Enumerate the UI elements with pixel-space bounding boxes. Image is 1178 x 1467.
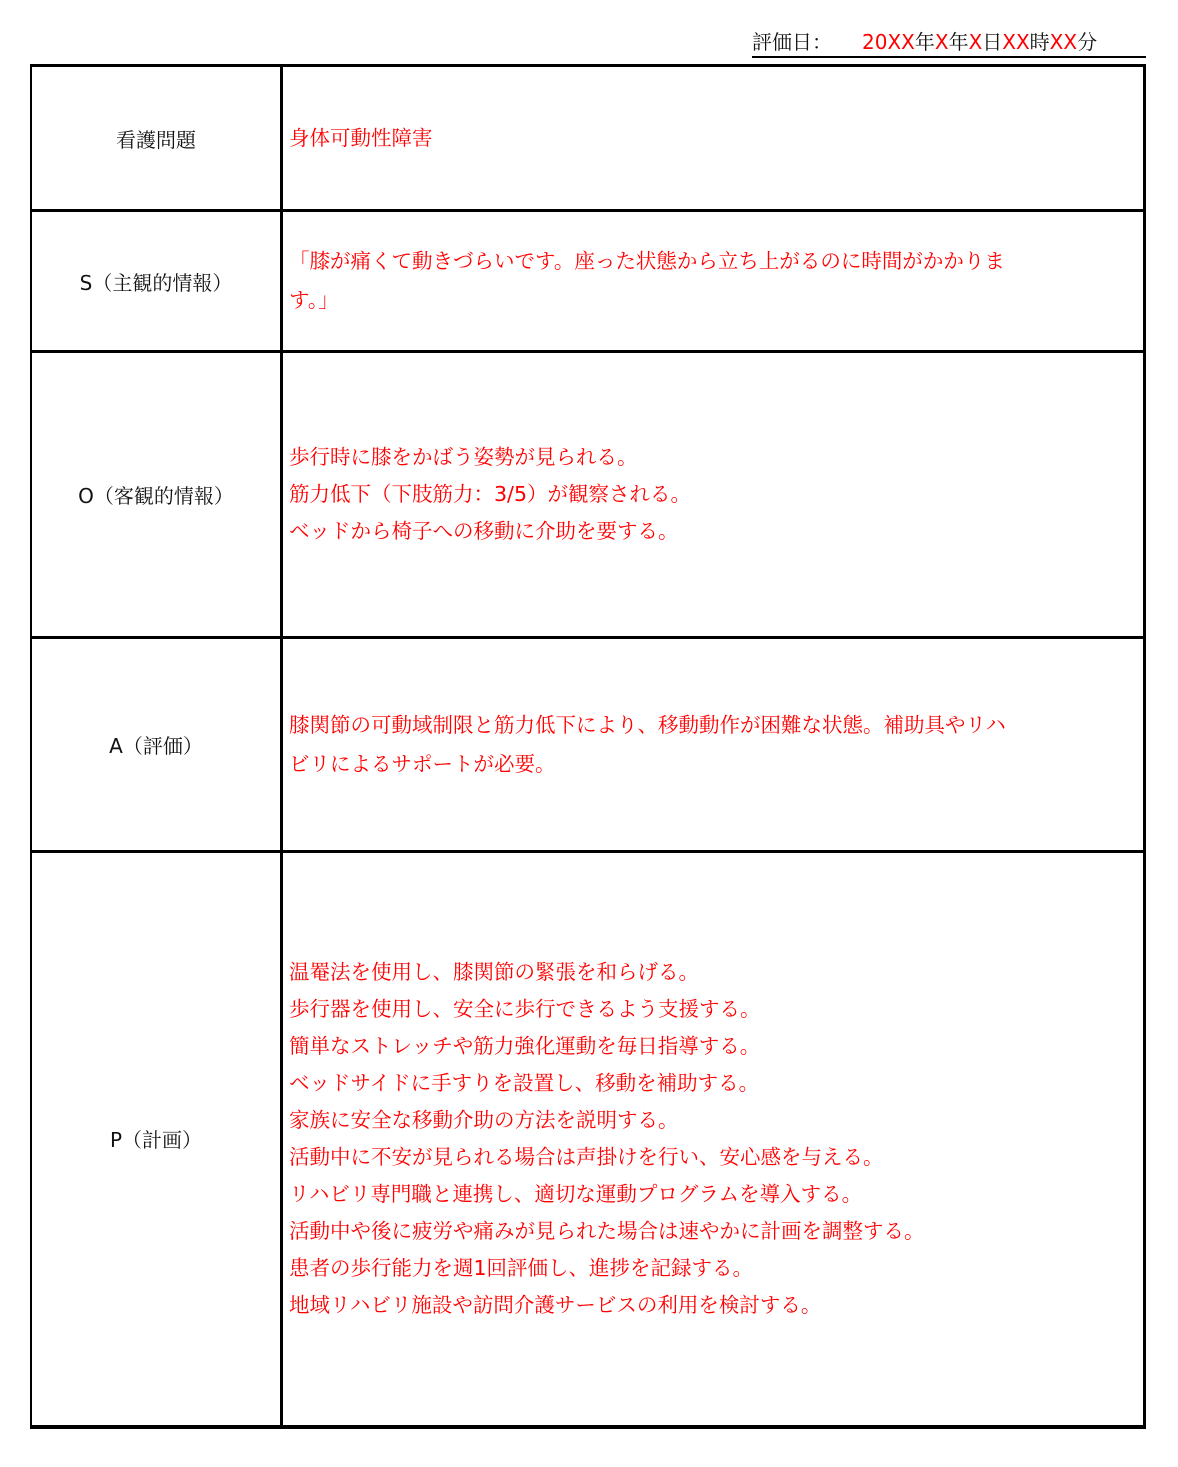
content-line: 筋力低下（下肢筋力：3/5）が観察される。 <box>289 476 1133 513</box>
content-subjective[interactable]: 「膝が痛くて動きづらいです。座った状態から立ち上がるのに時間がかかりま す。」 <box>282 211 1145 352</box>
label-objective: O（客観的情報） <box>31 352 282 638</box>
content-nursing-problem[interactable]: 身体可動性障害 <box>282 66 1145 211</box>
date-day-value[interactable]: X <box>969 28 983 56</box>
label-nursing-problem: 看護問題 <box>31 66 282 211</box>
row-assessment: A（評価） 膝関節の可動域制限と筋力低下により、移動動作が困難な状態。補助具やリ… <box>31 638 1145 852</box>
date-hour-unit: 時 <box>1030 28 1050 56</box>
content-line: リハビリ専門職と連携し、適切な運動プログラムを導入する。 <box>289 1176 1133 1213</box>
content-line: 家族に安全な移動介助の方法を説明する。 <box>289 1102 1133 1139</box>
content-objective[interactable]: 歩行時に膝をかばう姿勢が見られる。 筋力低下（下肢筋力：3/5）が観察される。 … <box>282 352 1145 638</box>
content-line: 歩行時に膝をかばう姿勢が見られる。 <box>289 439 1133 476</box>
content-line: す。」 <box>289 281 1133 320</box>
row-subjective: S（主観的情報） 「膝が痛くて動きづらいです。座った状態から立ち上がるのに時間が… <box>31 211 1145 352</box>
content-line: 地域リハビリ施設や訪問介護サービスの利用を検討する。 <box>289 1287 1133 1324</box>
date-minute-unit: 分 <box>1077 28 1097 56</box>
content-line: 「膝が痛くて動きづらいです。座った状態から立ち上がるのに時間がかかりま <box>289 242 1133 281</box>
content-line: 活動中に不安が見られる場合は声掛けを行い、安心感を与える。 <box>289 1139 1133 1176</box>
content-line: 身体可動性障害 <box>289 120 1133 157</box>
date-year-value[interactable]: 20XX <box>862 28 915 56</box>
date-day-unit: 日 <box>982 28 1002 56</box>
row-objective: O（客観的情報） 歩行時に膝をかばう姿勢が見られる。 筋力低下（下肢筋力：3/5… <box>31 352 1145 638</box>
content-line: 活動中や後に疲労や痛みが見られた場合は速やかに計画を調整する。 <box>289 1213 1133 1250</box>
evaluation-date: 評価日： 20XX年X年X日XX時XX分 <box>752 28 1146 58</box>
content-line: 簡単なストレッチや筋力強化運動を毎日指導する。 <box>289 1028 1133 1065</box>
row-plan: P（計画） 温罨法を使用し、膝関節の緊張を和らげる。 歩行器を使用し、安全に歩行… <box>31 852 1145 1427</box>
content-line: ベッドから椅子への移動に介助を要する。 <box>289 513 1133 550</box>
content-line: ビリによるサポートが必要。 <box>289 745 1133 784</box>
label-subjective: S（主観的情報） <box>31 211 282 352</box>
content-line: ベッドサイドに手すりを設置し、移動を補助する。 <box>289 1065 1133 1102</box>
content-line: 温罨法を使用し、膝関節の緊張を和らげる。 <box>289 954 1133 991</box>
date-year-unit: 年 <box>915 28 935 56</box>
label-plan: P（計画） <box>31 852 282 1427</box>
date-month-value[interactable]: X <box>935 28 949 56</box>
content-line: 患者の歩行能力を週1回評価し、進捗を記録する。 <box>289 1250 1133 1287</box>
content-line: 歩行器を使用し、安全に歩行できるよう支援する。 <box>289 991 1133 1028</box>
evaluation-date-label: 評価日： <box>752 28 832 56</box>
content-line: 膝関節の可動域制限と筋力低下により、移動動作が困難な状態。補助具やリハ <box>289 706 1133 745</box>
date-minute-value[interactable]: XX <box>1050 28 1077 56</box>
content-plan[interactable]: 温罨法を使用し、膝関節の緊張を和らげる。 歩行器を使用し、安全に歩行できるよう支… <box>282 852 1145 1427</box>
soap-record-table: 看護問題 身体可動性障害 S（主観的情報） 「膝が痛くて動きづらいです。座った状… <box>30 64 1146 1429</box>
content-assessment[interactable]: 膝関節の可動域制限と筋力低下により、移動動作が困難な状態。補助具やリハ ビリによ… <box>282 638 1145 852</box>
date-hour-value[interactable]: XX <box>1002 28 1029 56</box>
label-assessment: A（評価） <box>31 638 282 852</box>
row-nursing-problem: 看護問題 身体可動性障害 <box>31 66 1145 211</box>
date-month-unit: 年 <box>949 28 969 56</box>
